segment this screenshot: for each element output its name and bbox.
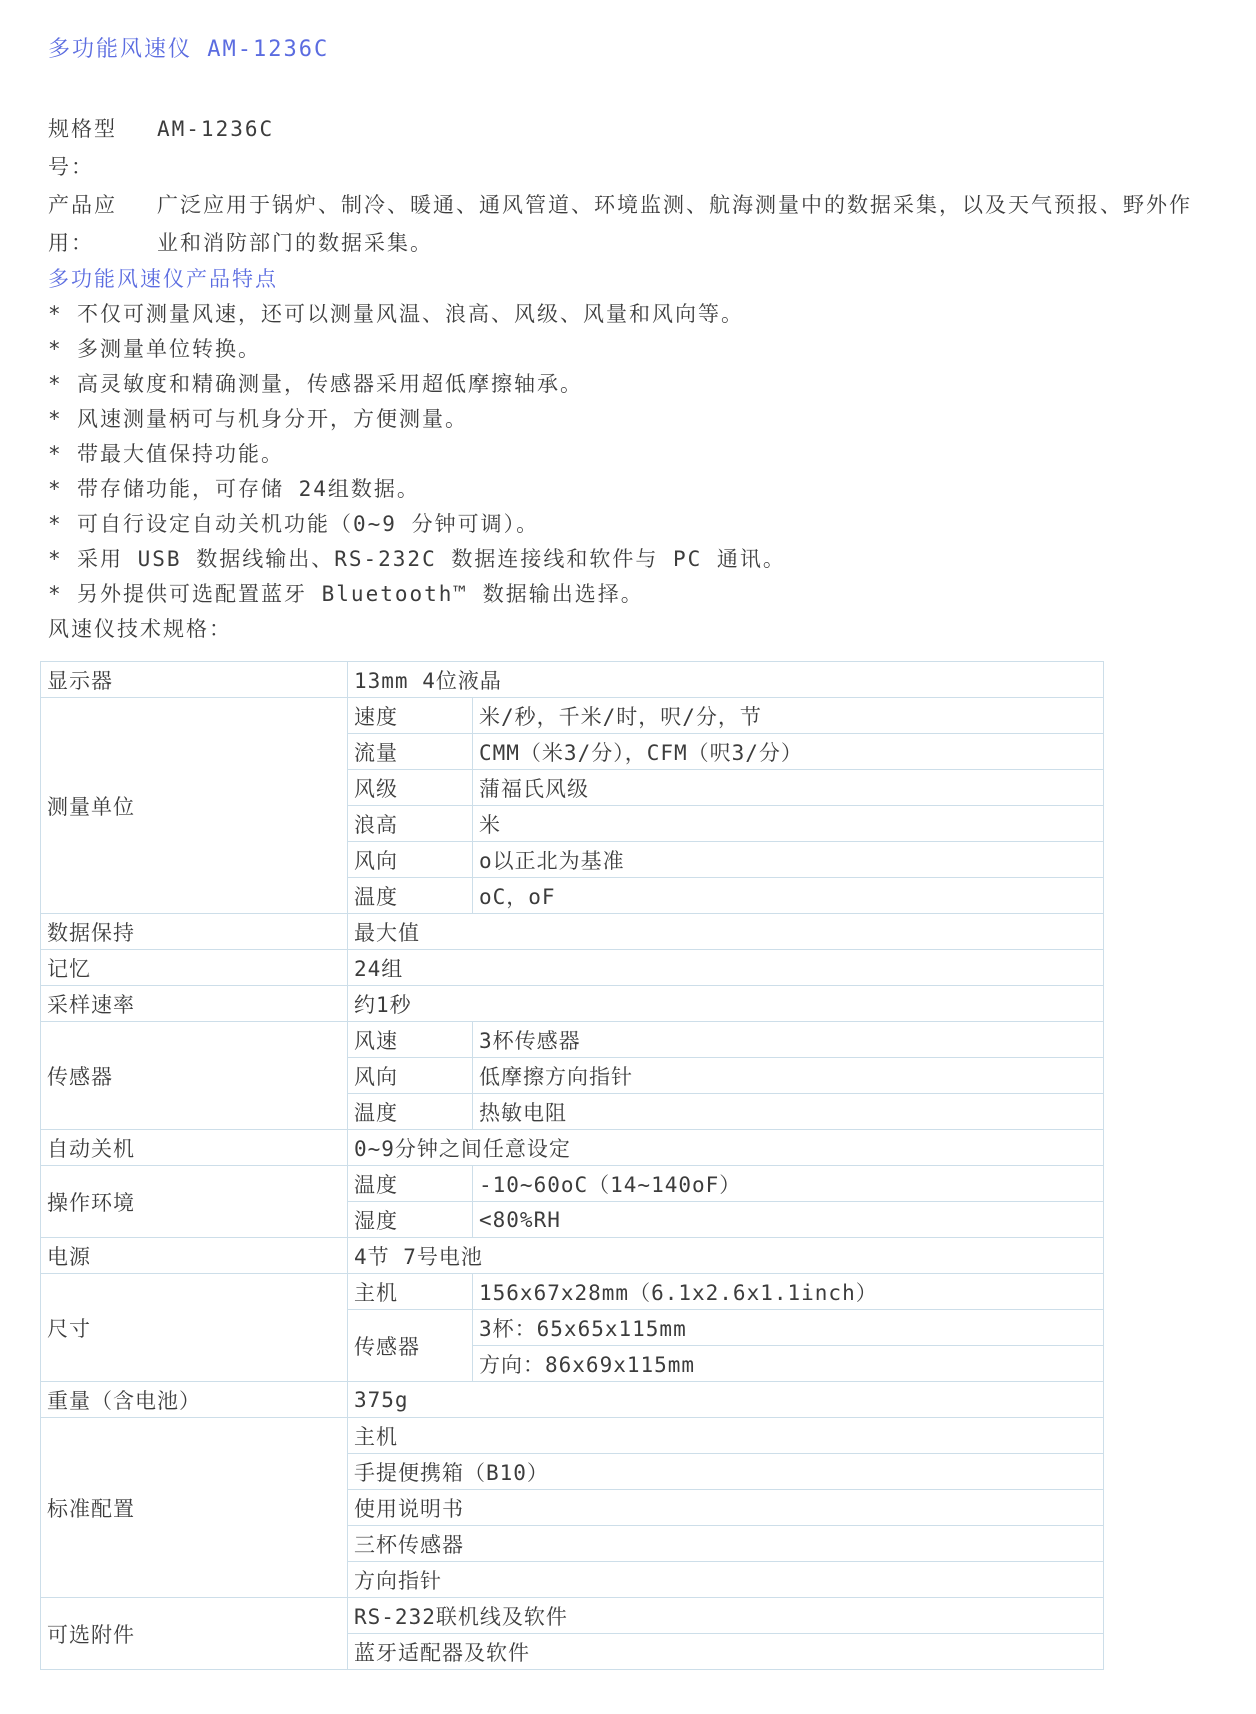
- table-cell: 速度: [348, 698, 473, 734]
- feature-text: 可自行设定自动关机功能（0~9 分钟可调）。: [77, 507, 1234, 542]
- table-cell: 温度: [348, 1166, 473, 1202]
- feature-text: 多测量单位转换。: [77, 332, 1234, 367]
- table-cell: 温度: [348, 878, 473, 914]
- table-cell: 记忆: [41, 950, 348, 986]
- table-cell: 自动关机: [41, 1130, 348, 1166]
- table-cell: 3杯传感器: [473, 1022, 1104, 1058]
- spec-table: 显示器13mm 4位液晶测量单位速度米/秒，千米/时，呎/分，节流量CMM（米3…: [40, 661, 1104, 1670]
- table-cell: 风速: [348, 1022, 473, 1058]
- table-cell: 风级: [348, 770, 473, 806]
- bullet-marker: *: [48, 402, 77, 437]
- table-row: 电源4节 7号电池: [41, 1238, 1104, 1274]
- table-cell: 156x67x28mm（6.1x2.6x1.1inch）: [473, 1274, 1104, 1310]
- table-cell: 蓝牙适配器及软件: [348, 1634, 1104, 1670]
- table-cell: 375g: [348, 1382, 1104, 1418]
- table-cell: 湿度: [348, 1202, 473, 1238]
- product-spec-page: 多功能风速仪 AM-1236C 规格型 号：AM-1236C产品应 用：广泛应用…: [0, 0, 1256, 1680]
- table-cell: 可选附件: [41, 1598, 348, 1670]
- spec-label: 规格型 号：: [48, 110, 157, 186]
- feature-text: 带最大值保持功能。: [77, 437, 1234, 472]
- table-cell: 尺寸: [41, 1274, 348, 1382]
- table-row: 自动关机0~9分钟之间任意设定: [41, 1130, 1104, 1166]
- table-cell: 风向: [348, 842, 473, 878]
- table-cell: 重量（含电池）: [41, 1382, 348, 1418]
- table-cell: -10~60oC（14~140oF）: [473, 1166, 1104, 1202]
- table-row: 显示器13mm 4位液晶: [41, 662, 1104, 698]
- list-item: *高灵敏度和精确测量，传感器采用超低摩擦轴承。: [48, 367, 1234, 402]
- table-cell: 采样速率: [41, 986, 348, 1022]
- table-cell: 24组: [348, 950, 1104, 986]
- list-item: *带最大值保持功能。: [48, 437, 1234, 472]
- feature-text: 带存储功能，可存储 24组数据。: [77, 472, 1234, 507]
- table-cell: 0~9分钟之间任意设定: [348, 1130, 1104, 1166]
- table-cell: 蒲福氏风级: [473, 770, 1104, 806]
- bullet-marker: *: [48, 437, 77, 472]
- table-row: 记忆24组: [41, 950, 1104, 986]
- table-row: 操作环境温度-10~60oC（14~140oF）: [41, 1166, 1104, 1202]
- table-cell: 最大值: [348, 914, 1104, 950]
- spec-value: 广泛应用于锅炉、制冷、暖通、通风管道、环境监测、航海测量中的数据采集，以及天气预…: [157, 186, 1207, 262]
- table-cell: CMM（米3/分），CFM（呎3/分）: [473, 734, 1104, 770]
- feature-text: 另外提供可选配置蓝牙 Bluetooth™ 数据输出选择。: [77, 577, 1234, 612]
- spec-value: AM-1236C: [157, 110, 1207, 186]
- table-cell: 主机: [348, 1274, 473, 1310]
- table-cell: 使用说明书: [348, 1490, 1104, 1526]
- table-cell: 米: [473, 806, 1104, 842]
- table-cell: 低摩擦方向指针: [473, 1058, 1104, 1094]
- list-item: *多测量单位转换。: [48, 332, 1234, 367]
- feature-text: 高灵敏度和精确测量，传感器采用超低摩擦轴承。: [77, 367, 1234, 402]
- table-row: 数据保持最大值: [41, 914, 1104, 950]
- table-cell: 热敏电阻: [473, 1094, 1104, 1130]
- table-cell: 约1秒: [348, 986, 1104, 1022]
- feature-text: 风速测量柄可与机身分开，方便测量。: [77, 402, 1234, 437]
- table-cell: 主机: [348, 1418, 1104, 1454]
- table-cell: 电源: [41, 1238, 348, 1274]
- spec-summary: 规格型 号：AM-1236C产品应 用：广泛应用于锅炉、制冷、暖通、通风管道、环…: [48, 110, 1234, 262]
- table-cell: 风向: [348, 1058, 473, 1094]
- table-cell: 3杯：65x65x115mm: [473, 1310, 1104, 1346]
- table-cell: 方向指针: [348, 1562, 1104, 1598]
- table-cell: 数据保持: [41, 914, 348, 950]
- table-cell: 传感器: [348, 1310, 473, 1382]
- table-cell: 显示器: [41, 662, 348, 698]
- bullet-marker: *: [48, 472, 77, 507]
- bullet-marker: *: [48, 332, 77, 367]
- table-cell: 方向：86x69x115mm: [473, 1346, 1104, 1382]
- bullet-marker: *: [48, 297, 77, 332]
- table-cell: RS-232联机线及软件: [348, 1598, 1104, 1634]
- table-cell: 米/秒，千米/时，呎/分，节: [473, 698, 1104, 734]
- table-cell: 操作环境: [41, 1166, 348, 1238]
- table-cell: <80%RH: [473, 1202, 1104, 1238]
- list-item: *可自行设定自动关机功能（0~9 分钟可调）。: [48, 507, 1234, 542]
- feature-text: 不仅可测量风速，还可以测量风温、浪高、风级、风量和风向等。: [77, 297, 1234, 332]
- list-item: *另外提供可选配置蓝牙 Bluetooth™ 数据输出选择。: [48, 577, 1234, 612]
- table-row: 可选附件RS-232联机线及软件: [41, 1598, 1104, 1634]
- list-item: *不仅可测量风速，还可以测量风温、浪高、风级、风量和风向等。: [48, 297, 1234, 332]
- list-item: *带存储功能，可存储 24组数据。: [48, 472, 1234, 507]
- table-row: 传感器风速3杯传感器: [41, 1022, 1104, 1058]
- table-row: 测量单位速度米/秒，千米/时，呎/分，节: [41, 698, 1104, 734]
- table-cell: oC，oF: [473, 878, 1104, 914]
- bullet-marker: *: [48, 577, 77, 612]
- list-item: *风速测量柄可与机身分开，方便测量。: [48, 402, 1234, 437]
- table-cell: 三杯传感器: [348, 1526, 1104, 1562]
- table-cell: 传感器: [41, 1022, 348, 1130]
- spec-label: 产品应 用：: [48, 186, 157, 262]
- table-row: 尺寸主机156x67x28mm（6.1x2.6x1.1inch）: [41, 1274, 1104, 1310]
- table-cell: o以正北为基准: [473, 842, 1104, 878]
- table-cell: 13mm 4位液晶: [348, 662, 1104, 698]
- table-row: 标准配置主机: [41, 1418, 1104, 1454]
- features-list: *不仅可测量风速，还可以测量风温、浪高、风级、风量和风向等。*多测量单位转换。*…: [48, 297, 1234, 612]
- table-cell: 标准配置: [41, 1418, 348, 1598]
- table-row: 采样速率约1秒: [41, 986, 1104, 1022]
- page-title: 多功能风速仪 AM-1236C: [48, 36, 1234, 64]
- bullet-marker: *: [48, 367, 77, 402]
- table-cell: 浪高: [348, 806, 473, 842]
- table-cell: 手提便携箱（B10）: [348, 1454, 1104, 1490]
- features-heading: 多功能风速仪产品特点: [48, 262, 1234, 297]
- spec-row: 产品应 用：广泛应用于锅炉、制冷、暖通、通风管道、环境监测、航海测量中的数据采集…: [48, 186, 1207, 262]
- table-cell: 测量单位: [41, 698, 348, 914]
- bullet-marker: *: [48, 542, 77, 577]
- table-cell: 流量: [348, 734, 473, 770]
- feature-text: 采用 USB 数据线输出、RS-232C 数据连接线和软件与 PC 通讯。: [77, 542, 1234, 577]
- spec-row: 规格型 号：AM-1236C: [48, 110, 1207, 186]
- table-heading: 风速仪技术规格：: [48, 612, 1234, 647]
- table-row: 重量（含电池）375g: [41, 1382, 1104, 1418]
- spec-table-body: 显示器13mm 4位液晶测量单位速度米/秒，千米/时，呎/分，节流量CMM（米3…: [41, 662, 1104, 1670]
- table-cell: 4节 7号电池: [348, 1238, 1104, 1274]
- table-cell: 温度: [348, 1094, 473, 1130]
- bullet-marker: *: [48, 507, 77, 542]
- list-item: *采用 USB 数据线输出、RS-232C 数据连接线和软件与 PC 通讯。: [48, 542, 1234, 577]
